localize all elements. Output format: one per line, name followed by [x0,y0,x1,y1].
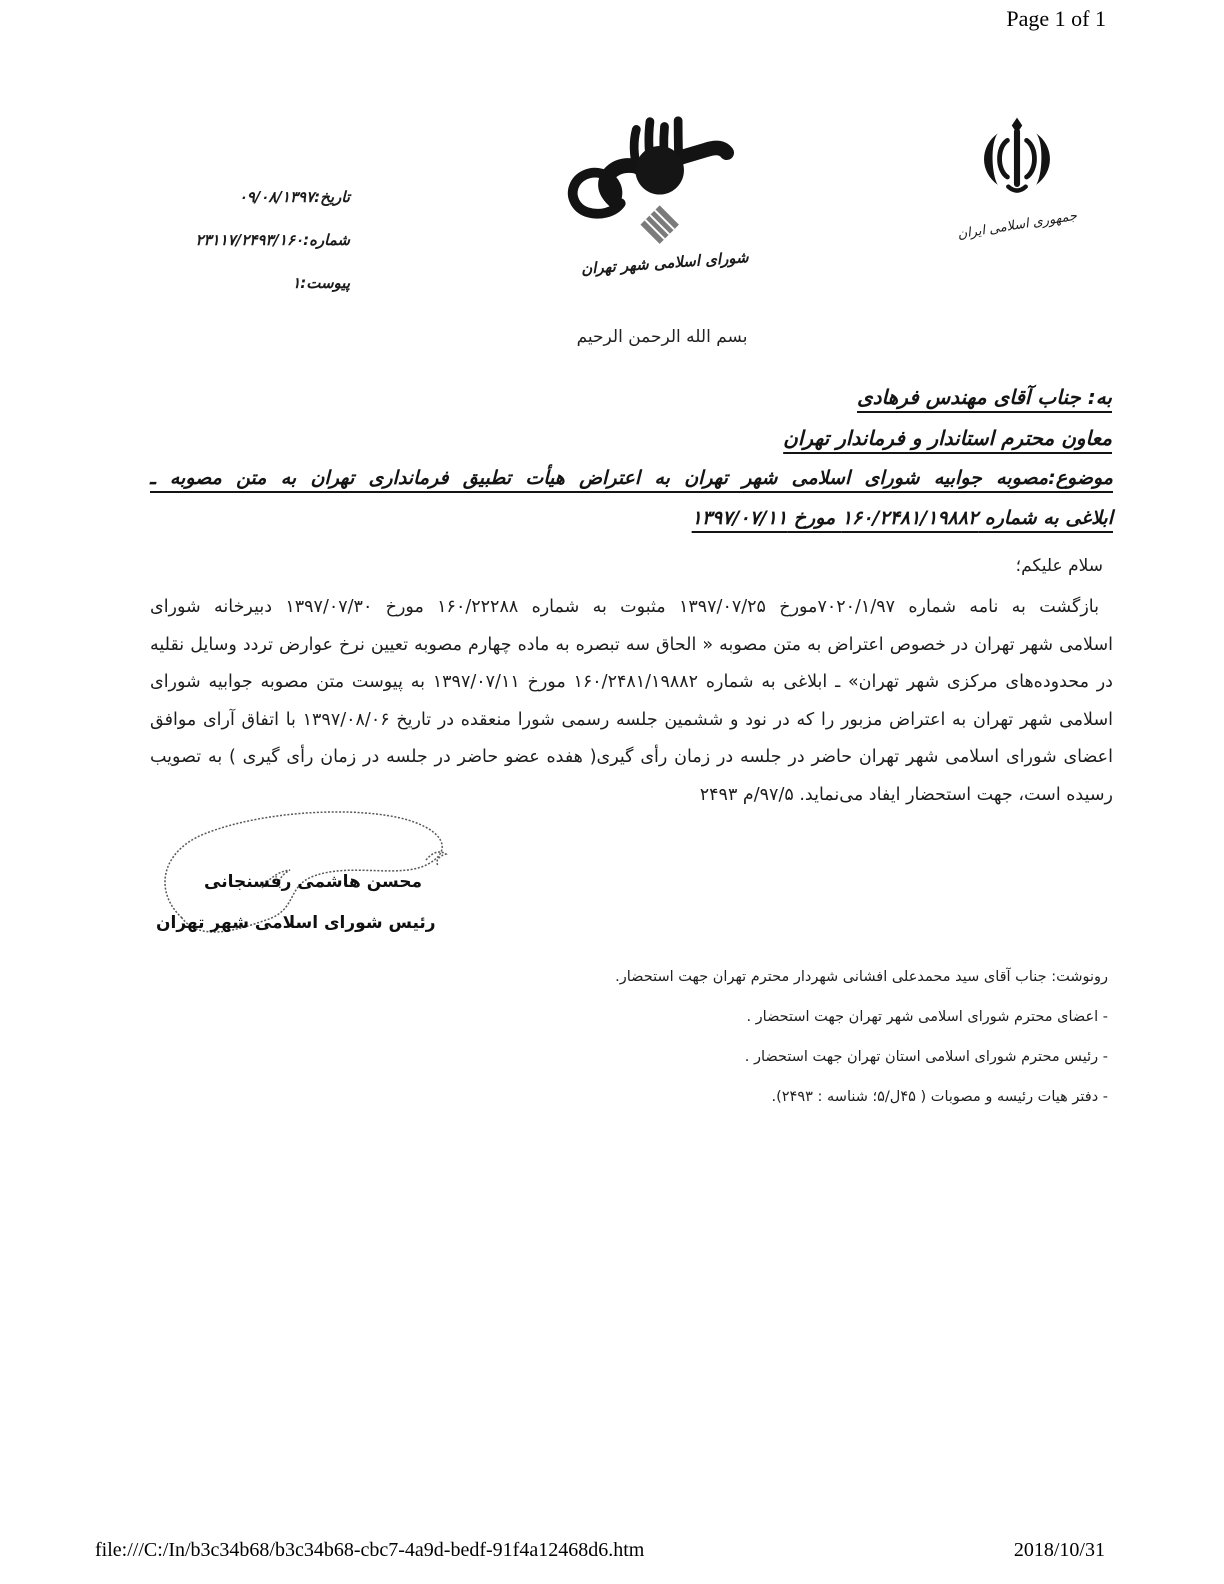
body-line: اعضای شورای اسلامی شهر تهران حاضر در جلس… [150,739,1113,777]
letterhead-date-field: تاریخ:۰۹/۰۸/۱۳۹۷ [158,186,350,208]
footer-date: 2018/10/31 [1014,1539,1105,1562]
letterhead-number-field: شماره:۲۳۱۱۷/۲۴۹۳/۱۶۰ [158,229,350,251]
body-line: اسلامی شهر تهران به اعتراض مزبور را که د… [150,702,1113,740]
bismillah-line: بسم الله الرحمن الرحیم [548,327,776,347]
body-line: در محدوده‌های مرکزی شهر تهران» ـ ابلاغی … [150,664,1113,702]
letterhead-fields: تاریخ:۰۹/۰۸/۱۳۹۷ شماره:۲۳۱۱۷/۲۴۹۳/۱۶۰ پی… [158,186,350,315]
cc-line: رونوشت: جناب آقای سید محمدعلی افشانی شهر… [488,966,1108,989]
cc-line: - رئیس محترم شورای اسلامی استان تهران جه… [488,1046,1108,1069]
page-indicator: Page 1 of 1 [1006,6,1106,32]
cc-line: - اعضای محترم شورای اسلامی شهر تهران جهت… [488,1006,1108,1029]
addressee-line: معاون محترم استاندار و فرماندار تهران [783,418,1112,459]
letterhead-attachment-field: پیوست:۱ [158,272,350,294]
subject-line: ابلاغی به شماره ۱۶۰/۲۴۸۱/۱۹۸۸۲ مورخ ۱۳۹۷… [150,498,1113,538]
addressee-line: به: جناب آقای مهندس فرهادی [783,377,1112,418]
letter-body: بازگشت به نامه شماره ۷۰۲۰/۱/۹۷مورخ ۱۳۹۷/… [150,589,1113,815]
body-line: اسلامی شهر تهران در خصوص اعتراض به متن م… [150,627,1113,665]
iran-emblem-caption: جمهوری اسلامی ایران [956,209,1077,243]
signatory-name: محسن هاشمی رفسنجانی [204,872,422,892]
cc-line: - دفتر هیات رئیسه و مصوبات ( ۴۵ل/۵؛ شناس… [488,1086,1108,1109]
tehran-council-logo: شورای اسلامی شهر تهران [556,110,774,272]
council-logo-caption: شورای اسلامی شهر تهران [581,248,750,278]
salutation-line: سلام علیکم؛ [1016,556,1103,576]
subject-block: موضوع:مصوبه جوابیه شورای اسلامی شهر تهرا… [150,458,1113,538]
subject-line: موضوع:مصوبه جوابیه شورای اسلامی شهر تهرا… [150,458,1113,498]
footer-file-path: file:///C:/In/b3c34b68/b3c34b68-cbc7-4a9… [95,1539,644,1562]
signatory-title: رئیس شورای اسلامی شهر تهران [156,913,436,933]
body-line: بازگشت به نامه شماره ۷۰۲۰/۱/۹۷مورخ ۱۳۹۷/… [150,589,1113,627]
document-page: Page 1 of 1 تاریخ:۰۹/۰۸/۱۳۹۷ شماره:۲۳۱۱۷… [0,0,1224,1584]
addressee-block: به: جناب آقای مهندس فرهادی معاون محترم ا… [783,377,1112,459]
iran-emblem: جمهوری اسلامی ایران [933,114,1101,233]
tehran-council-logo-icon [558,110,773,248]
iran-emblem-icon [969,114,1065,206]
cc-block: رونوشت: جناب آقای سید محمدعلی افشانی شهر… [488,966,1108,1126]
